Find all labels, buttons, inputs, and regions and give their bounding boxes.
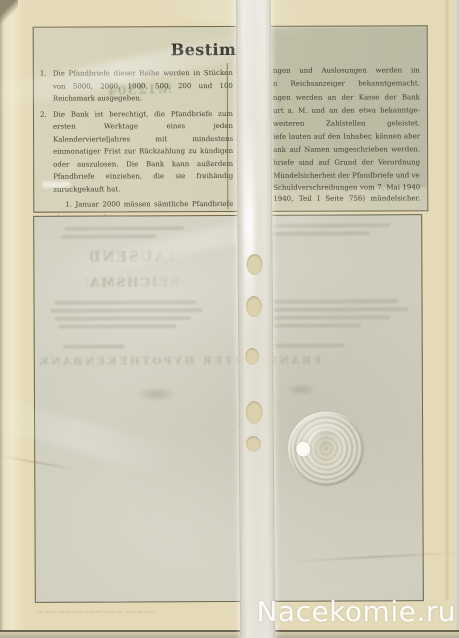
sleeve-corner-shadow — [0, 0, 18, 26]
punch-hole — [246, 296, 262, 317]
terms-line: iefe lauten auf den Inhaber, können aber — [273, 132, 420, 146]
punch-hole — [246, 436, 261, 452]
terms-line: ngen und Auslosungen werden im — [273, 66, 420, 80]
showthrough-line — [275, 343, 345, 347]
showthrough-bank-name: FRANKFURTER HYPOTHEKENBANK — [53, 355, 321, 368]
showthrough-line — [59, 324, 177, 329]
paper-crease — [444, 0, 450, 600]
terms-line: ngen werden an der Kasse der Bank — [273, 93, 420, 107]
showthrough-line — [272, 231, 370, 235]
cancellation-hole — [296, 442, 310, 457]
document-photo: Bestimmu №12304 1. Die Pfandbriefe diese… — [0, 0, 459, 638]
showthrough-line — [64, 226, 184, 231]
showthrough-line — [60, 234, 156, 238]
terms-line: ank auf Namen umgeschrieben werden. — [273, 145, 420, 159]
sleeve-bottom-band — [0, 632, 459, 638]
showthrough-line — [273, 299, 399, 304]
showthrough-line — [55, 316, 191, 321]
item-number: 2. — [40, 108, 47, 121]
punch-hole — [247, 254, 263, 275]
showthrough-denomination-2: REICHSMARK — [86, 274, 180, 289]
showthrough-line — [55, 300, 197, 305]
terms-line: briefe sind auf Grund der Verordnung — [273, 158, 420, 172]
embossed-seal-emblem — [308, 428, 344, 470]
showthrough-line — [51, 308, 203, 313]
site-watermark: Nacekomie.ru — [256, 595, 456, 628]
showthrough-line — [273, 307, 409, 312]
punch-hole — [246, 401, 263, 424]
printer-imprint: —·——·———————·———·—————·—— — [37, 609, 157, 615]
scratch-mark — [42, 182, 70, 188]
showthrough-line — [273, 323, 361, 327]
terms-line: weiteren Zahlstellen geleistet. — [273, 119, 420, 133]
terms-line: n Reichsanzeiger bekanntgemacht. — [273, 79, 420, 93]
showthrough-line — [273, 315, 391, 320]
showthrough-line — [63, 344, 125, 348]
showthrough-mark — [285, 384, 317, 396]
punch-hole — [245, 348, 259, 365]
terms-line: urt a. M. und an den etwa bekanntge- — [273, 106, 420, 120]
sleeve-right-edge — [451, 0, 459, 638]
item-text: Die Bank ist berechtigt, die Pfandbriefe… — [53, 109, 233, 193]
binder-strip — [236, 0, 276, 638]
showthrough-signature — [135, 386, 177, 402]
